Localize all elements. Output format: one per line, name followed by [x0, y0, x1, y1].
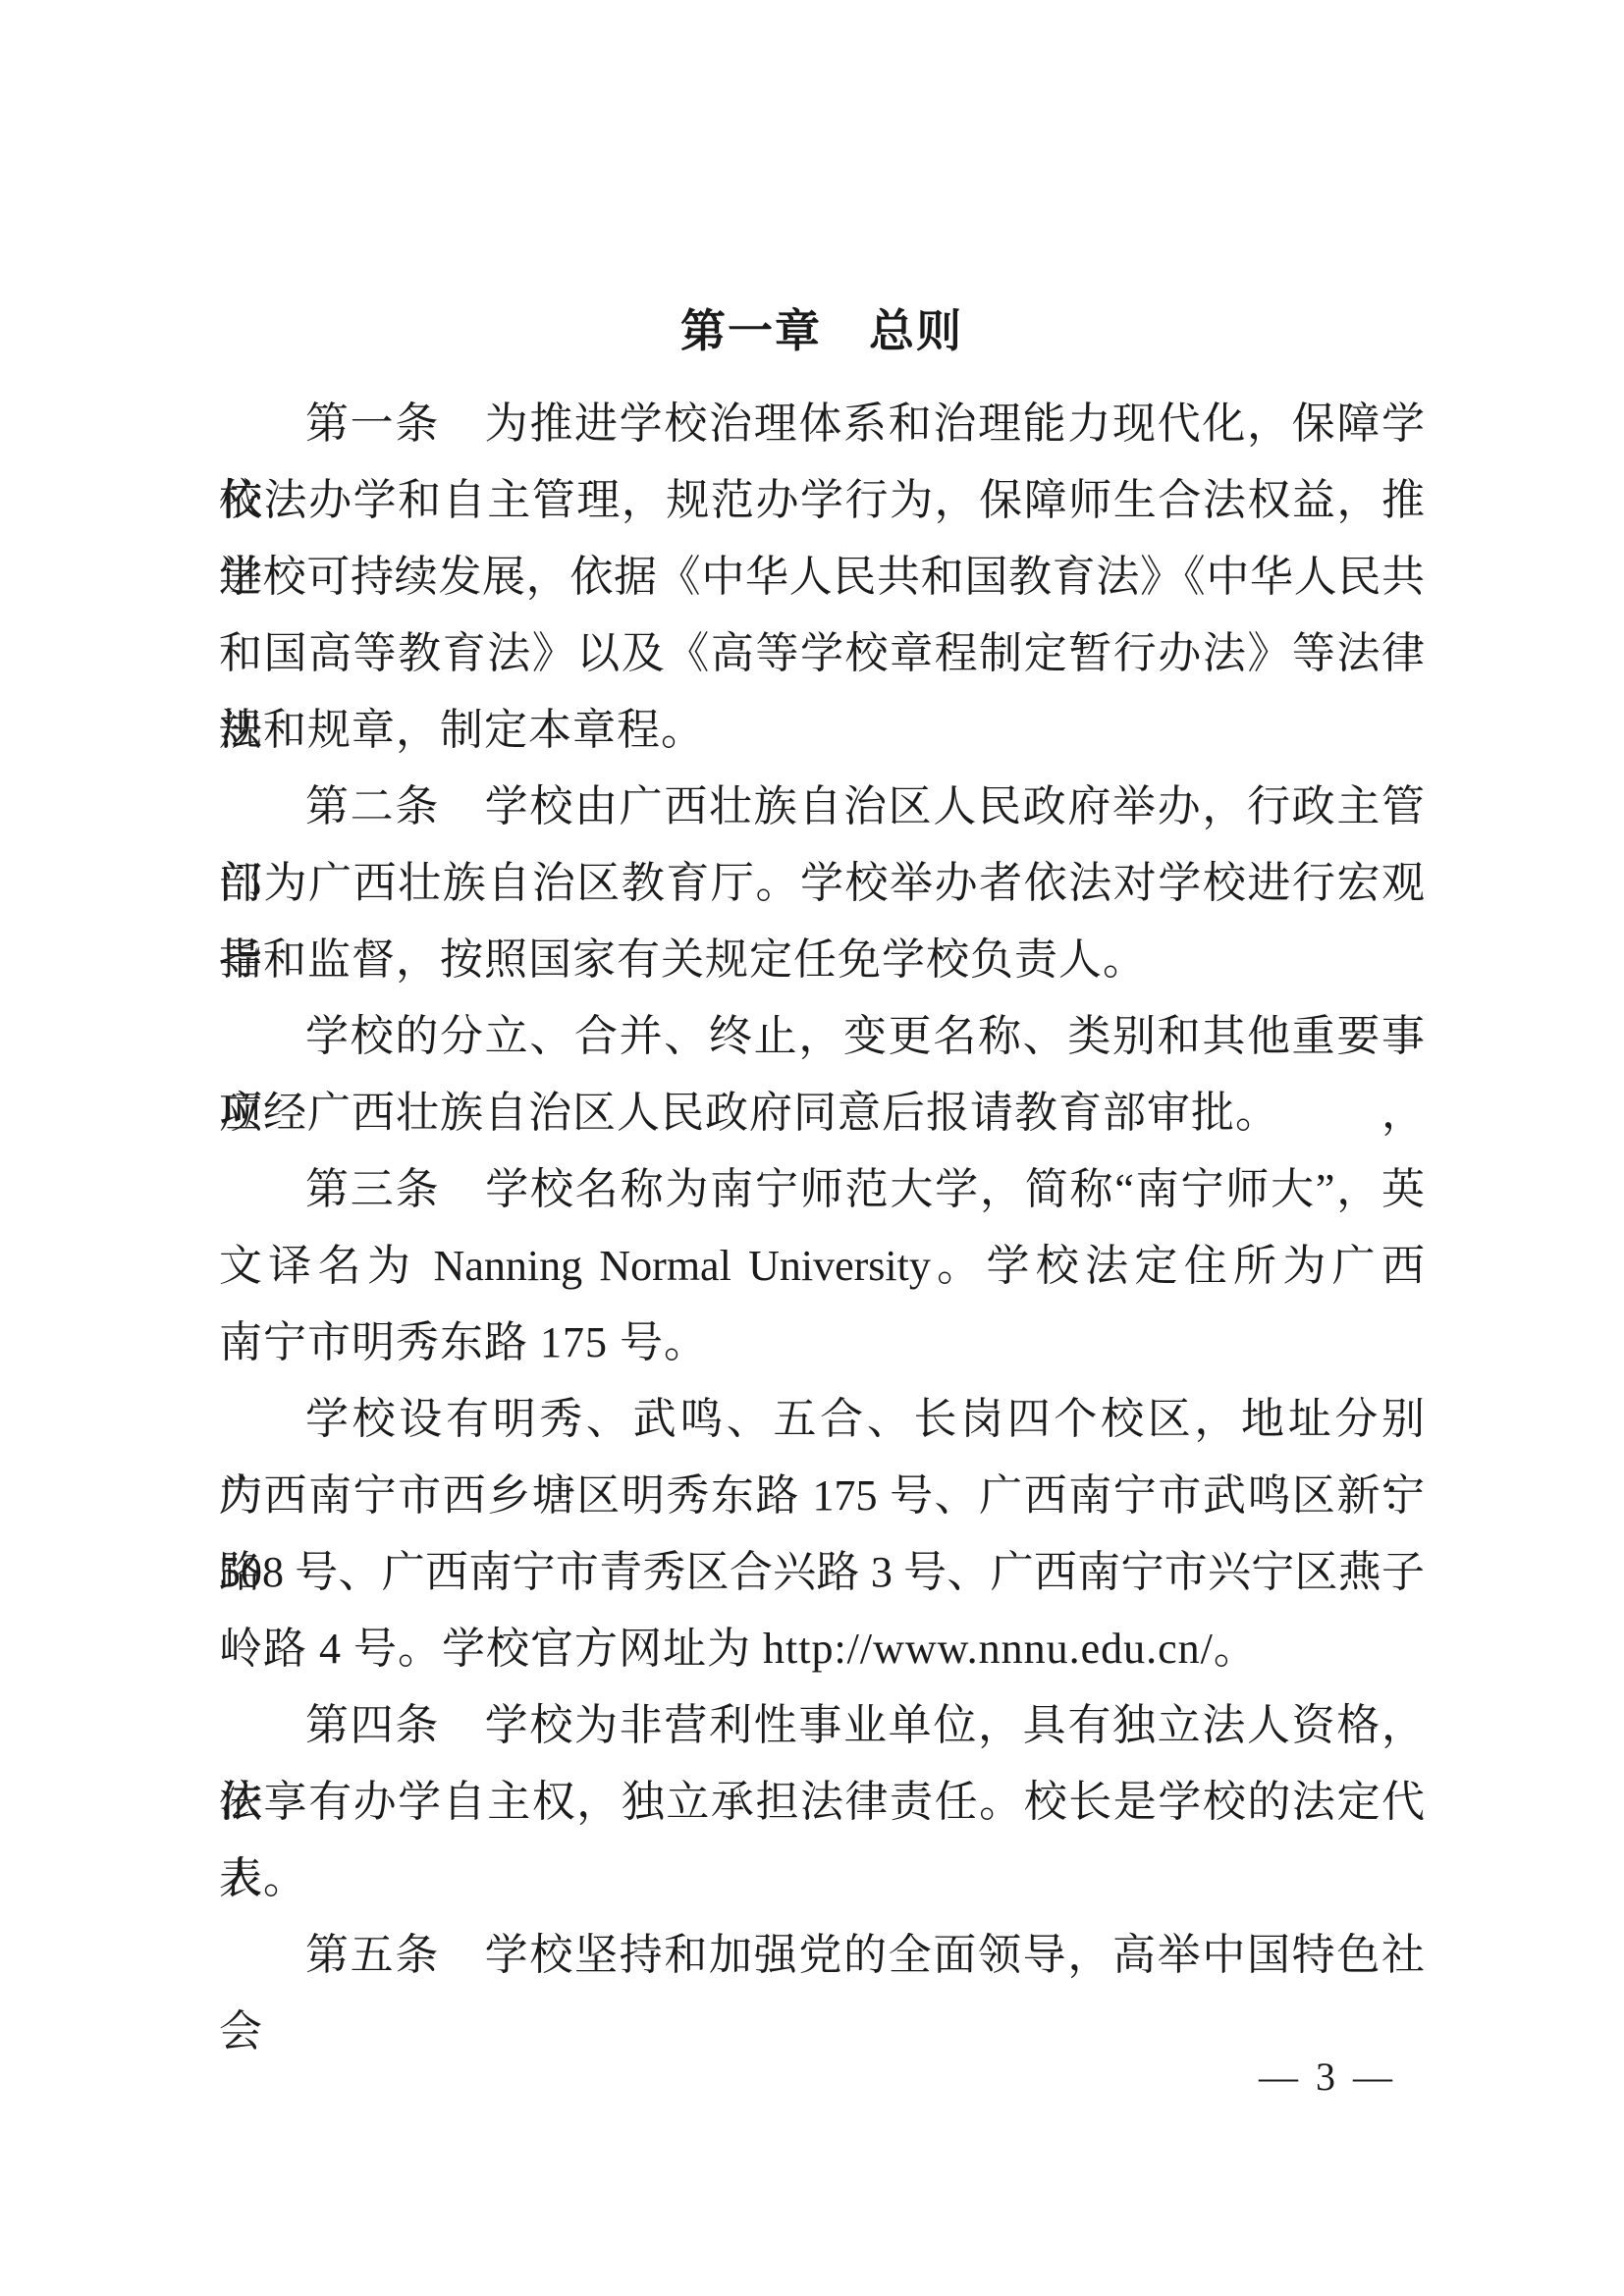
page-number: — 3 — [1259, 2054, 1396, 2101]
text-line: 门为广西壮族自治区教育厅。学校举办者依法对学校进行宏观指 [219, 845, 1425, 922]
text-line: 规和规章，制定本章程。 [219, 692, 1425, 769]
text-line: 学校设有明秀、武鸣、五合、长岗四个校区，地址分别为： [219, 1381, 1425, 1458]
text-line: 文译名为 Nanning Normal University。学校法定住所为广西 [219, 1228, 1425, 1305]
text-line: 广西南宁市西乡塘区明秀东路 175 号、广西南宁市武鸣区新宁路 [219, 1458, 1425, 1534]
document-page: 第一章 总则 第一条 为推进学校治理体系和治理能力现代化，保障学校依法办学和自主… [0, 0, 1624, 2296]
text-line: 法享有办学自主权，独立承担法律责任。校长是学校的法定代表 [219, 1764, 1425, 1841]
body-lines: 第一条 为推进学校治理体系和治理能力现代化，保障学校依法办学和自主管理，规范办学… [219, 386, 1425, 1994]
text-line: 和国高等教育法》以及《高等学校章程制定暂行办法》等法律法 [219, 615, 1425, 692]
text-line: 第一条 为推进学校治理体系和治理能力现代化，保障学校 [219, 386, 1425, 462]
text-line: 508 号、广西南宁市青秀区合兴路 3 号、广西南宁市兴宁区燕子 [219, 1534, 1425, 1611]
text-line: 应经广西壮族自治区人民政府同意后报请教育部审批。 [219, 1075, 1425, 1151]
text-line: 第五条 学校坚持和加强党的全面领导，高举中国特色社会 [219, 1917, 1425, 1994]
text-line: 学校的分立、合并、终止，变更名称、类别和其他重要事项， [219, 998, 1425, 1075]
text-line: 第四条 学校为非营利性事业单位，具有独立法人资格，依 [219, 1687, 1425, 1764]
chapter-title: 第一章 总则 [219, 307, 1425, 354]
text-line: 依法办学和自主管理，规范办学行为，保障师生合法权益，推进 [219, 462, 1425, 539]
text-line: 人。 [219, 1841, 1425, 1917]
text-line: 第二条 学校由广西壮族自治区人民政府举办，行政主管部 [219, 769, 1425, 845]
text-line: 学校可持续发展，依据《中华人民共和国教育法》《中华人民共 [219, 539, 1425, 615]
text-line: 导和监督，按照国家有关规定任免学校负责人。 [219, 922, 1425, 998]
text-line: 第三条 学校名称为南宁师范大学，简称“南宁师大”，英 [219, 1151, 1425, 1228]
text-line: 南宁市明秀东路 175 号。 [219, 1305, 1425, 1381]
page-content: 第一章 总则 第一条 为推进学校治理体系和治理能力现代化，保障学校依法办学和自主… [219, 307, 1425, 1994]
text-line: 岭路 4 号。学校官方网址为 http://www.nnnu.edu.cn/。 [219, 1611, 1425, 1687]
